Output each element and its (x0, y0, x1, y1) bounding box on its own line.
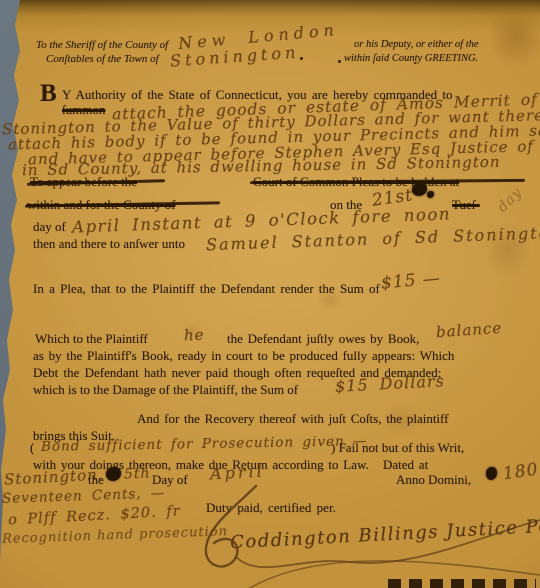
tuesday-struck: Tueſ- (452, 197, 480, 213)
debt-line4: which is to the Damage of the Plaintiff,… (33, 382, 298, 398)
answer-unto-label: then and there to anſwer unto (33, 236, 185, 252)
paren-open: ( (30, 440, 34, 456)
plea-line: In a Plea, that to the Plaintiff the Def… (33, 281, 380, 297)
debt-line1a: Which to the Plaintiff (35, 331, 148, 347)
debt-line2: as by the Plaintiff's Book, ready in cou… (33, 348, 454, 364)
addressee-sheriff-line: To the Sheriff of the County of (36, 39, 168, 51)
addressee-constables-line: Conſtables of the Town of (46, 53, 159, 65)
ink-speck (300, 57, 303, 60)
day-of-label: day of (33, 219, 66, 235)
summon-struck: ſummon (62, 102, 105, 118)
addressee-greeting-line: within ſaid County GREETING. (344, 53, 478, 64)
ink-speck (414, 62, 416, 64)
addressee-deputy-line: or his Deputy, or either of the (354, 39, 479, 50)
day-number-handwritten: 5th (124, 466, 151, 483)
he-handwritten: he (184, 325, 205, 344)
debt-line1b: the Defendant juſtly owes by Book, (227, 331, 419, 347)
month-handwritten: April (210, 462, 266, 484)
the-label: the (88, 472, 104, 488)
fail-not-line: ) Fail not but of this Writ, (331, 440, 464, 456)
ink-speck (338, 60, 341, 63)
anno-domini-label: Anno Domini, (396, 472, 471, 488)
recovery-line: And for the Recovery thereof with juſt C… (137, 411, 448, 427)
cropped-print-fragment (388, 579, 536, 588)
duty-paid-line: Duty paid, certified per. (206, 500, 336, 516)
drop-cap-B: B (40, 80, 57, 108)
photo-of-writ-document: To the Sheriff of the County of New Lond… (0, 0, 540, 588)
